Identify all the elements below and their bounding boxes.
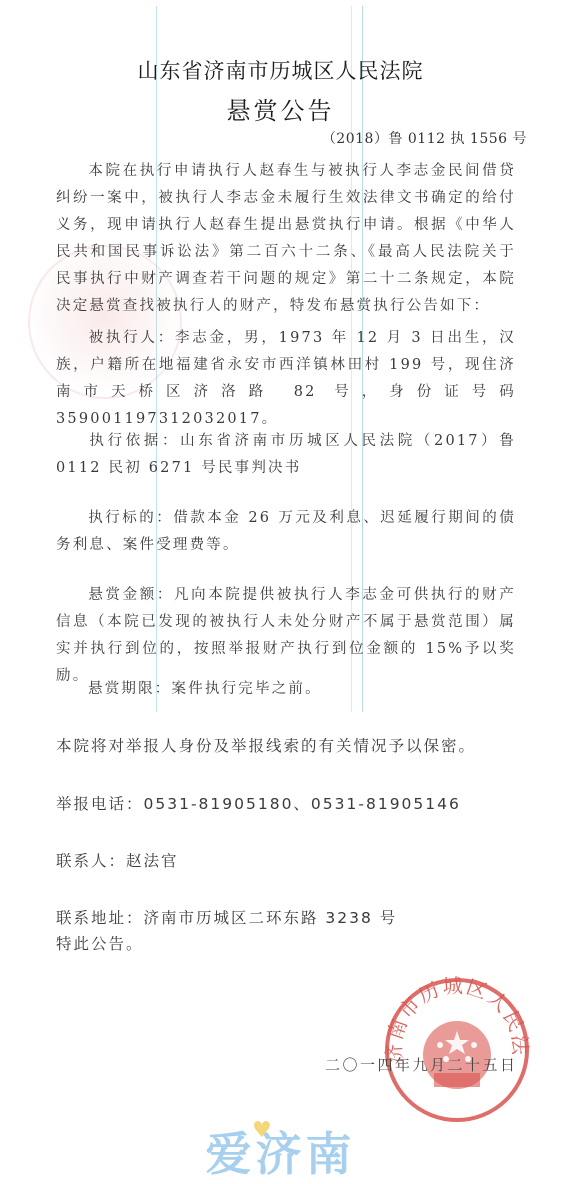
logo-text: 爱济南 [206, 1127, 356, 1181]
intro-paragraph: 本院在执行申请执行人赵春生与被执行人李志金民间借贷纠纷一案中，被执行人李志金未履… [56, 158, 516, 320]
defendant-paragraph: 被执行人：李志金，男，1973 年 12 月 3 日出生，汉族，户籍所在地福建省… [56, 325, 516, 433]
signature-date: 二〇一四年九月二十五日 [325, 1054, 518, 1075]
heart-icon: ♥ [252, 1118, 272, 1143]
subject-paragraph: 执行标的：借款本金 26 万元及利息、迟延履行期间的债务利息、案件受理费等。 [56, 505, 516, 559]
period-paragraph: 悬赏期限：案件执行完毕之前。 [56, 676, 516, 703]
intro-text: 本院在执行申请执行人赵春生与被执行人李志金民间借贷纠纷一案中，被执行人李志金未履… [56, 163, 516, 314]
basis-text: 执行依据：山东省济南市历城区人民法院（2017）鲁 0112 民初 6271 号… [56, 433, 516, 476]
document-title: 悬赏公告 [0, 91, 561, 126]
court-seal-icon: 济南市历城区人民法院 [382, 975, 532, 1125]
period-text: 悬赏期限：案件执行完毕之前。 [88, 681, 322, 697]
contact-address: 联系地址：济南市历城区二环东路 3238 号 [56, 906, 397, 928]
case-number: （2018）鲁 0112 执 1556 号 [322, 128, 527, 148]
report-phone: 举报电话：0531-81905180、0531-81905146 [56, 792, 461, 814]
court-name: 山东省济南市历城区人民法院 [0, 55, 561, 85]
subject-text: 执行标的：借款本金 26 万元及利息、迟延履行期间的债务利息、案件受理费等。 [56, 510, 516, 553]
contact-person: 联系人：赵法官 [56, 849, 179, 871]
reward-text: 悬赏金额：凡向本院提供被执行人李志金可供执行的财产信息（本院已发现的被执行人未处… [56, 587, 516, 684]
defendant-text: 被执行人：李志金，男，1973 年 12 月 3 日出生，汉族，户籍所在地福建省… [56, 330, 516, 427]
confidentiality-note: 本院将对举报人身份及举报线索的有关情况予以保密。 [56, 734, 476, 756]
basis-paragraph: 执行依据：山东省济南市历城区人民法院（2017）鲁 0112 民初 6271 号… [56, 428, 516, 482]
ai-jinan-logo: 爱济南 ♥ [0, 1118, 561, 1184]
closing-text: 特此公告。 [56, 932, 144, 954]
reward-paragraph: 悬赏金额：凡向本院提供被执行人李志金可供执行的财产信息（本院已发现的被执行人未处… [56, 582, 516, 690]
